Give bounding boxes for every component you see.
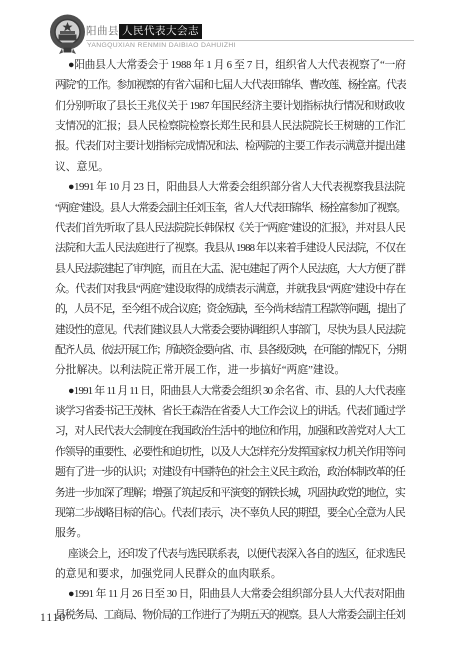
body-line: 代表们首先听取了县人民法院院长韩保权《关于“两庭”建设的汇报》，并对县人民 (55, 218, 405, 238)
body-line: 服务。 (55, 523, 405, 543)
body-line: 现第二步战略目标的信心。代表们表示，决不辜负人民的期望，要全心全意为人民 (55, 503, 405, 523)
body-line: “两庭”建设。县人大常委会副主任刘玉奎，省人大代表田锦华、杨拴富参加了视察。 (55, 198, 405, 218)
body-line: ●阳曲县人大常委会于 1988 年 1 月 6 至 7 日，组织省人大代表视察了… (55, 55, 405, 75)
header-title: 阳曲县人民代表大会志 (86, 24, 202, 39)
body-line: 两院”的工作。参加视察的有省六届和七届人大代表田锦华、曹改莲、杨拴富。代表 (55, 75, 405, 95)
body-text: ●阳曲县人大常委会于 1988 年 1 月 6 至 7 日，组织省人大代表视察了… (55, 55, 405, 625)
page-number: 1110 (40, 612, 66, 624)
body-line: 建设性的意见。代表们建议县人大常委会要协调组织人事部门，尽快为县人民法院 (55, 320, 405, 340)
body-line: ●1991 年 11 月 11 日，阳曲县人大常委会组织 30 余名省、市、县的… (55, 381, 405, 401)
body-line: 的，人员不足，至今组不成合议庭；资金短缺，至今尚未结清工程款等问题，提出了 (55, 299, 405, 319)
body-line: 支情况的汇报；县人民检察院检察长郑生民和县人民法院院长王树瑭的工作汇 (55, 116, 405, 136)
body-line: 座谈会上，还印发了代表与选民联系表，以便代表深入各自的选区，征求选民 (55, 544, 405, 564)
body-line: ●1991 年 11 月 26 日至 30 日，阳曲县人大常委会组织部分县人大代… (55, 584, 405, 604)
body-line: 报。代表们对主要计划指标完成情况和法、检两院的主要工作表示满意并提出建 (55, 136, 405, 156)
body-line: 务进一步加深了理解；增强了筑起反和平演变的钢铁长城，巩固执政党的地位，实 (55, 483, 405, 503)
body-line: 谈学习省委书记王茂林、省长王森浩在省委人大工作会议上的讲话。代表们通过学 (55, 401, 405, 421)
body-line: 县税务局、工商局、物价局的工作进行了为期五天的视察。县人大常委会副主任刘 (55, 605, 405, 625)
body-line: 县人民法院建起了审判庭，而且在大盂、泥屯建起了两个人民法庭，大大方便了群 (55, 259, 405, 279)
body-line: 的意见和要求，加强党同人民群众的血肉联系。 (55, 564, 405, 584)
body-line: 众。代表们对我县“两庭”建设取得的成绩表示满意，并就我县“两庭”建设中存在 (55, 279, 405, 299)
national-emblem-icon (49, 13, 86, 56)
body-line: 习，对人民代表大会制度在我国政治生活中的地位和作用，加强和改善党对人大工 (55, 421, 405, 441)
body-line: 们分别听取了县长王兆仪关于 1987 年国民经济主要计划指标执行情况和财政收 (55, 96, 405, 116)
header-rule (86, 40, 414, 41)
body-line: 分批解决。以利法院正常开展工作，进一步搞好“两庭”建设。 (55, 360, 405, 380)
body-line: 题有了进一步的认识；对建设有中国特色的社会主义民主政治，政治体制改革的任 (55, 462, 405, 482)
document-page: 阳曲县人民代表大会志 YANGQUXIAN RENMIN DAIBIAO DAH… (0, 0, 450, 651)
header-title-prefix: 阳曲县 (86, 26, 119, 37)
body-line: 作领导的重要性、必要性和迫切性，以及人大怎样充分发挥国家权力机关作用等问 (55, 442, 405, 462)
body-line: 配齐人员、依法开展工作；所缺资金要向省、市、县各级反映，在可能的情况下，分期 (55, 340, 405, 360)
body-line: 法院和大盂人民法庭进行了视察。我县从 1988 年以来着手建设人民法院，不仅在 (55, 238, 405, 258)
body-line: 议、意见。 (55, 157, 405, 177)
header-subtitle: YANGQUXIAN RENMIN DAIBIAO DAHUIZHI (87, 42, 236, 49)
header-title-highlight: 人民代表大会志 (119, 24, 202, 39)
body-line: ●1991 年 10 月 23 日，阳曲县人大常委会组织部分省人大代表视察我县法… (55, 177, 405, 197)
